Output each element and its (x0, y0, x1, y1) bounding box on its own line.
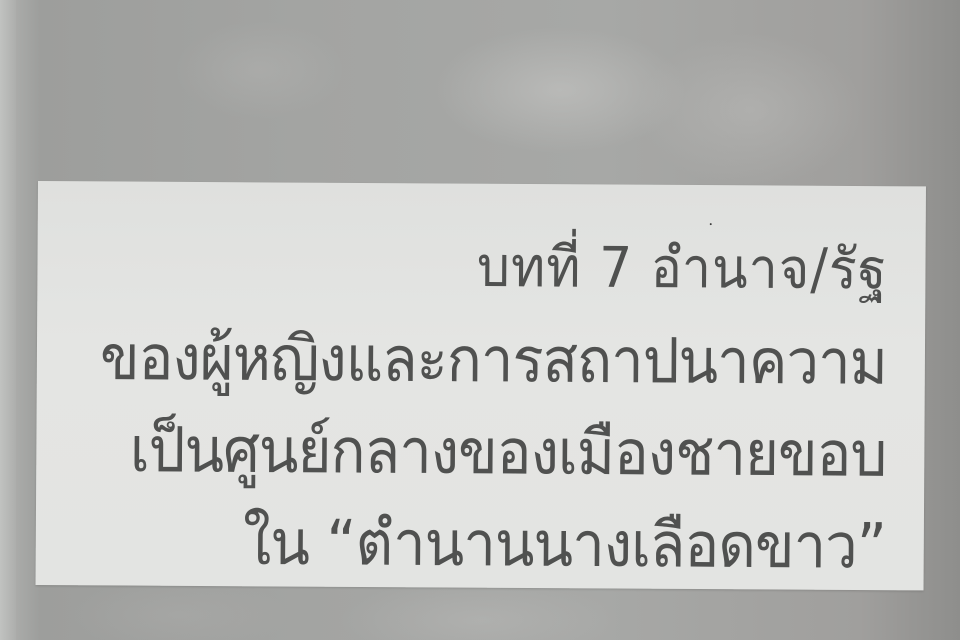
title-line-3: เป็นศูนย์กลางของเมืองชายขอบ (46, 399, 887, 503)
title-line-4: ใน “ตำนานนางเลือดขาว” (45, 491, 886, 595)
title-line-chapter: บทที่ 7 อำนาจ/รัฐ (47, 215, 888, 319)
paper-sheet: บทที่ 7 อำนาจ/รัฐ ของผู้หญิงและการสถาปนา… (36, 181, 926, 590)
page-edge (0, 0, 16, 640)
title-line-2: ของผู้หญิงและการสถาปนาความ (47, 307, 888, 411)
chapter-title: บทที่ 7 อำนาจ/รัฐ ของผู้หญิงและการสถาปนา… (46, 219, 888, 592)
